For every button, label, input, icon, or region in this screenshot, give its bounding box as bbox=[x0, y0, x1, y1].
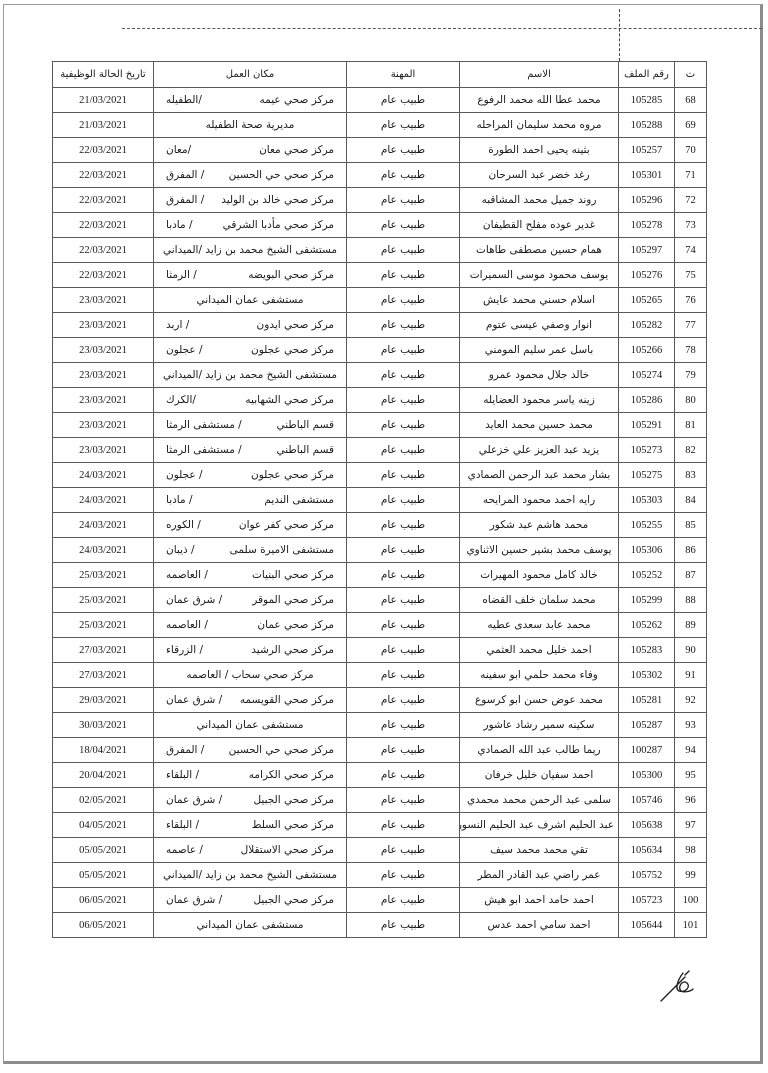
cell-date: 23/03/2021 bbox=[53, 288, 154, 313]
cell-file-number: 105287 bbox=[619, 713, 675, 738]
cell-name: وفاء محمد حلمي ابو سفينه bbox=[460, 663, 619, 688]
table-row: 78105266باسل عمر سليم المومنيطبيب عاممرك… bbox=[53, 338, 707, 363]
workplace-region: / اربد bbox=[166, 319, 189, 331]
workplace-name: مستشفى عمان الميداني bbox=[158, 919, 342, 931]
table-row: 69105288مروه محمد سليمان المراحلهطبيب عا… bbox=[53, 113, 707, 138]
cell-file-number: 100287 bbox=[619, 738, 675, 763]
cell-date: 06/05/2021 bbox=[53, 888, 154, 913]
table-row: 93105287سكينه سمير رشاد عاشورطبيب عاممست… bbox=[53, 713, 707, 738]
cell-workplace: مركز صحي الرشيد/ الزرقاء bbox=[154, 638, 347, 663]
cell-seq: 69 bbox=[675, 113, 707, 138]
cell-date: 22/03/2021 bbox=[53, 263, 154, 288]
cell-name: محمد عابد سعدى عطيه bbox=[460, 613, 619, 638]
workplace-region: / عجلون bbox=[166, 469, 203, 481]
cell-profession: طبيب عام bbox=[347, 338, 460, 363]
workplace-region: / مستشفى الرمثا bbox=[166, 444, 242, 456]
cell-profession: طبيب عام bbox=[347, 538, 460, 563]
cell-profession: طبيب عام bbox=[347, 413, 460, 438]
cell-name: محمد سلمان خلف القضاه bbox=[460, 588, 619, 613]
workplace-region: / مادبا bbox=[166, 219, 193, 231]
cell-seq: 91 bbox=[675, 663, 707, 688]
workplace-name: مركز صحي معان bbox=[259, 144, 334, 156]
workplace-region: / المفرق bbox=[166, 194, 204, 206]
workplace-region: / مادبا bbox=[166, 494, 193, 506]
workplace-name: مركز صحي الموقر bbox=[252, 594, 334, 606]
cell-workplace: مركز صحي عجلون/ عجلون bbox=[154, 463, 347, 488]
workplace-region: / شرق عمان bbox=[166, 594, 222, 606]
cell-workplace: مركز صحي الشهابيه/الكرك bbox=[154, 388, 347, 413]
cell-name: يوسف محمود موسى السميرات bbox=[460, 263, 619, 288]
cell-workplace: مركز صحي عيمه/الطفيله bbox=[154, 88, 347, 113]
table-row: 85105255محمد هاشم عبد شكورطبيب عاممركز ص… bbox=[53, 513, 707, 538]
header-profession: المهنة bbox=[347, 62, 460, 88]
cell-date: 24/03/2021 bbox=[53, 488, 154, 513]
cell-file-number: 105285 bbox=[619, 88, 675, 113]
workplace-region: /الكرك bbox=[166, 394, 196, 406]
table-row: 91105302وفاء محمد حلمي ابو سفينهطبيب عام… bbox=[53, 663, 707, 688]
cell-workplace: مركز صحي ايدون/ اربد bbox=[154, 313, 347, 338]
cell-date: 18/04/2021 bbox=[53, 738, 154, 763]
workplace-region: / المفرق bbox=[166, 744, 204, 756]
cell-profession: طبيب عام bbox=[347, 263, 460, 288]
cell-workplace: مستشفى الاميرة سلمى/ ذيبان bbox=[154, 538, 347, 563]
workplace-region: / مستشفى الرمثا bbox=[166, 419, 242, 431]
cell-workplace: مركز صحي حي الحسين/ المفرق bbox=[154, 738, 347, 763]
workplace-region: / البلقاء bbox=[166, 819, 199, 831]
cell-profession: طبيب عام bbox=[347, 188, 460, 213]
workplace-region: / البلقاء bbox=[166, 769, 199, 781]
cell-name: محمد عطا الله محمد الرفوع bbox=[460, 88, 619, 113]
cell-seq: 79 bbox=[675, 363, 707, 388]
cell-name: سلمى عبد الرحمن محمد محمدي bbox=[460, 788, 619, 813]
cell-profession: طبيب عام bbox=[347, 313, 460, 338]
workplace-name: مركز صحي السلط bbox=[252, 819, 334, 831]
vertical-fold-mark bbox=[619, 9, 620, 61]
cell-seq: 74 bbox=[675, 238, 707, 263]
workplace-region: / المفرق bbox=[166, 169, 204, 181]
cell-file-number: 105634 bbox=[619, 838, 675, 863]
table-row: 92105281محمد عوض حسن ابو كرسوعطبيب عاممر… bbox=[53, 688, 707, 713]
cell-profession: طبيب عام bbox=[347, 688, 460, 713]
cell-workplace: مركز صحي الاستقلال/ عاصمه bbox=[154, 838, 347, 863]
cell-file-number: 105262 bbox=[619, 613, 675, 638]
cell-date: 23/03/2021 bbox=[53, 313, 154, 338]
cell-name: مروه محمد سليمان المراحله bbox=[460, 113, 619, 138]
cell-profession: طبيب عام bbox=[347, 438, 460, 463]
table-header: ت رقم الملف الاسم المهنة مكان العمل تاري… bbox=[53, 62, 707, 88]
workplace-region: / ذيبان bbox=[166, 544, 195, 556]
cell-name: زينه ياسر محمود العضايله bbox=[460, 388, 619, 413]
cell-profession: طبيب عام bbox=[347, 463, 460, 488]
header-date: تاريخ الحالة الوظيفية bbox=[53, 62, 154, 88]
cell-workplace: مركز صحي الكرامه/ البلقاء bbox=[154, 763, 347, 788]
cell-date: 02/05/2021 bbox=[53, 788, 154, 813]
workplace-name: مركز صحي عيمه bbox=[260, 94, 334, 106]
cell-date: 23/03/2021 bbox=[53, 388, 154, 413]
cell-profession: طبيب عام bbox=[347, 588, 460, 613]
table-row: 100105723احمد حامد احمد ابو هيشطبيب عامم… bbox=[53, 888, 707, 913]
cell-file-number: 105276 bbox=[619, 263, 675, 288]
cell-file-number: 105300 bbox=[619, 763, 675, 788]
workplace-name: مركز صحي عجلون bbox=[251, 344, 334, 356]
cell-file-number: 105278 bbox=[619, 213, 675, 238]
cell-file-number: 105265 bbox=[619, 288, 675, 313]
cell-seq: 81 bbox=[675, 413, 707, 438]
cell-profession: طبيب عام bbox=[347, 638, 460, 663]
cell-workplace: مستشفى الشيخ محمد بن زايد /الميداني bbox=[154, 863, 347, 888]
cell-seq: 101 bbox=[675, 913, 707, 938]
table-row: 90105283احمد خليل محمد العثميطبيب عاممرك… bbox=[53, 638, 707, 663]
cell-date: 20/04/2021 bbox=[53, 763, 154, 788]
table-row: 98105634تقي محمد محمد سيفطبيب عاممركز صح… bbox=[53, 838, 707, 863]
cell-seq: 92 bbox=[675, 688, 707, 713]
cell-date: 25/03/2021 bbox=[53, 588, 154, 613]
cell-profession: طبيب عام bbox=[347, 113, 460, 138]
table-row: 80105286زينه ياسر محمود العضايلهطبيب عام… bbox=[53, 388, 707, 413]
cell-profession: طبيب عام bbox=[347, 238, 460, 263]
cell-name: عمر راضي عبد القادر المطر bbox=[460, 863, 619, 888]
cell-profession: طبيب عام bbox=[347, 888, 460, 913]
table-row: 82105273يزيد عبد العزيز علي خزعليطبيب عا… bbox=[53, 438, 707, 463]
cell-seq: 77 bbox=[675, 313, 707, 338]
workplace-name: مركز صحي الشهابيه bbox=[245, 394, 334, 406]
table-row: 87105252خالد كامل محمود المهيراتطبيب عام… bbox=[53, 563, 707, 588]
table-row: 88105299محمد سلمان خلف القضاهطبيب عاممرك… bbox=[53, 588, 707, 613]
cell-seq: 88 bbox=[675, 588, 707, 613]
cell-date: 04/05/2021 bbox=[53, 813, 154, 838]
cell-profession: طبيب عام bbox=[347, 663, 460, 688]
cell-profession: طبيب عام bbox=[347, 838, 460, 863]
table-row: 89105262محمد عابد سعدى عطيهطبيب عاممركز … bbox=[53, 613, 707, 638]
cell-seq: 93 bbox=[675, 713, 707, 738]
cell-file-number: 105291 bbox=[619, 413, 675, 438]
cell-workplace: مركز صحي البويضه/ الرمثا bbox=[154, 263, 347, 288]
cell-workplace: مركز صحي عجلون/ عجلون bbox=[154, 338, 347, 363]
workplace-region: /معان bbox=[166, 144, 191, 156]
workplace-region: / العاصمه bbox=[166, 619, 208, 631]
cell-workplace: مركز صحي حي الحسين/ المفرق bbox=[154, 163, 347, 188]
cell-seq: 82 bbox=[675, 438, 707, 463]
cell-profession: طبيب عام bbox=[347, 863, 460, 888]
cell-file-number: 105266 bbox=[619, 338, 675, 363]
table-row: 101105644احمد سامي احمد عدسطبيب عاممستشف… bbox=[53, 913, 707, 938]
cell-workplace: مركز صحي الجبيل/ شرق عمان bbox=[154, 788, 347, 813]
cell-profession: طبيب عام bbox=[347, 788, 460, 813]
workplace-name: مستشفى الشيخ محمد بن زايد /الميداني bbox=[158, 869, 342, 881]
cell-profession: طبيب عام bbox=[347, 563, 460, 588]
cell-file-number: 105644 bbox=[619, 913, 675, 938]
cell-date: 05/05/2021 bbox=[53, 863, 154, 888]
cell-file-number: 105257 bbox=[619, 138, 675, 163]
cell-workplace: مركز صحي خالد بن الوليد/ المفرق bbox=[154, 188, 347, 213]
cell-workplace: قسم الباطني/ مستشفى الرمثا bbox=[154, 438, 347, 463]
workplace-name: مركز صحي عجلون bbox=[251, 469, 334, 481]
cell-seq: 84 bbox=[675, 488, 707, 513]
signature-icon bbox=[655, 965, 705, 1005]
workplace-name: مركز صحي البنيات bbox=[252, 569, 334, 581]
header-workplace: مكان العمل bbox=[154, 62, 347, 88]
cell-seq: 89 bbox=[675, 613, 707, 638]
cell-seq: 71 bbox=[675, 163, 707, 188]
cell-profession: طبيب عام bbox=[347, 163, 460, 188]
cell-date: 27/03/2021 bbox=[53, 638, 154, 663]
cell-name: احمد سامي احمد عدس bbox=[460, 913, 619, 938]
cell-file-number: 105746 bbox=[619, 788, 675, 813]
cell-workplace: مركز صحي الموقر/ شرق عمان bbox=[154, 588, 347, 613]
workplace-name: مركز صحي الجبيل bbox=[253, 894, 334, 906]
table-row: 68105285محمد عطا الله محمد الرفوعطبيب عا… bbox=[53, 88, 707, 113]
cell-name: رغد خضر عبد السرحان bbox=[460, 163, 619, 188]
cell-seq: 100 bbox=[675, 888, 707, 913]
cell-name: محمد حسين محمد العايد bbox=[460, 413, 619, 438]
cell-workplace: قسم الباطني/ مستشفى الرمثا bbox=[154, 413, 347, 438]
header-file-number: رقم الملف bbox=[619, 62, 675, 88]
cell-file-number: 105288 bbox=[619, 113, 675, 138]
cell-date: 22/03/2021 bbox=[53, 138, 154, 163]
workplace-name: مركز صحي سحاب / العاصمه bbox=[158, 669, 342, 681]
workplace-name: مركز صحي الكرامه bbox=[249, 769, 334, 781]
cell-name: غدير عوده مفلح القطيفان bbox=[460, 213, 619, 238]
cell-workplace: مركز صحي السلط/ البلقاء bbox=[154, 813, 347, 838]
cell-file-number: 105275 bbox=[619, 463, 675, 488]
cell-date: 05/05/2021 bbox=[53, 838, 154, 863]
table-row: 81105291محمد حسين محمد العايدطبيب عامقسم… bbox=[53, 413, 707, 438]
workplace-name: مركز صحي مأدبا الشرقي bbox=[223, 219, 334, 231]
cell-name: يوسف محمد بشير حسين الاثناوي bbox=[460, 538, 619, 563]
workplace-name: مركز صحي الرشيد bbox=[251, 644, 334, 656]
workplace-region: / شرق عمان bbox=[166, 894, 222, 906]
cell-workplace: مركز صحي مأدبا الشرقي/ مادبا bbox=[154, 213, 347, 238]
top-dashed-rule bbox=[122, 28, 762, 29]
header-name: الاسم bbox=[460, 62, 619, 88]
cell-seq: 87 bbox=[675, 563, 707, 588]
workplace-name: قسم الباطني bbox=[277, 419, 334, 431]
cell-file-number: 105283 bbox=[619, 638, 675, 663]
header-seq: ت bbox=[675, 62, 707, 88]
cell-file-number: 105752 bbox=[619, 863, 675, 888]
cell-seq: 83 bbox=[675, 463, 707, 488]
workplace-region: / الرمثا bbox=[166, 269, 197, 281]
cell-date: 24/03/2021 bbox=[53, 538, 154, 563]
cell-profession: طبيب عام bbox=[347, 213, 460, 238]
workplace-region: / الزرقاء bbox=[166, 644, 203, 656]
cell-file-number: 105297 bbox=[619, 238, 675, 263]
workplace-name: مركز صحي كفر عوان bbox=[239, 519, 334, 531]
cell-seq: 98 bbox=[675, 838, 707, 863]
cell-profession: طبيب عام bbox=[347, 513, 460, 538]
cell-name: روند جميل محمد المشاقبه bbox=[460, 188, 619, 213]
cell-seq: 76 bbox=[675, 288, 707, 313]
workplace-name: مستشفى عمان الميداني bbox=[158, 294, 342, 306]
cell-date: 25/03/2021 bbox=[53, 563, 154, 588]
cell-workplace: مستشفى النديم/ مادبا bbox=[154, 488, 347, 513]
workplace-name: مركز صحي حي الحسين bbox=[229, 169, 334, 181]
table-row: 73105278غدير عوده مفلح القطيفانطبيب عامم… bbox=[53, 213, 707, 238]
cell-name: خالد جلال محمود عمرو bbox=[460, 363, 619, 388]
cell-profession: طبيب عام bbox=[347, 738, 460, 763]
table-row: 83105275بشار محمد عبد الرحمن الصماديطبيب… bbox=[53, 463, 707, 488]
workplace-name: قسم الباطني bbox=[277, 444, 334, 456]
workplace-region: / الكوره bbox=[166, 519, 201, 531]
cell-file-number: 105638 bbox=[619, 813, 675, 838]
cell-file-number: 105282 bbox=[619, 313, 675, 338]
workplace-name: مستشفى الشيخ محمد بن زايد /الميداني bbox=[158, 369, 342, 381]
cell-seq: 86 bbox=[675, 538, 707, 563]
cell-profession: طبيب عام bbox=[347, 88, 460, 113]
cell-seq: 75 bbox=[675, 263, 707, 288]
workplace-region: / العاصمه bbox=[166, 569, 208, 581]
cell-date: 27/03/2021 bbox=[53, 663, 154, 688]
table-row: 84105303رايه احمد محمود المرايحهطبيب عام… bbox=[53, 488, 707, 513]
table-row: 79105274خالد جلال محمود عمروطبيب عاممستش… bbox=[53, 363, 707, 388]
cell-date: 29/03/2021 bbox=[53, 688, 154, 713]
cell-name: محمد هاشم عبد شكور bbox=[460, 513, 619, 538]
cell-file-number: 105255 bbox=[619, 513, 675, 538]
cell-name: بثينه يحيى احمد الطورة bbox=[460, 138, 619, 163]
cell-date: 23/03/2021 bbox=[53, 438, 154, 463]
cell-profession: طبيب عام bbox=[347, 388, 460, 413]
table-row: 94100287ريما طالب عبد الله الصماديطبيب ع… bbox=[53, 738, 707, 763]
cell-name: همام حسين مصطفى طاهات bbox=[460, 238, 619, 263]
cell-workplace: مديرية صحة الطفيله bbox=[154, 113, 347, 138]
workplace-name: مركز صحي الجبيل bbox=[253, 794, 334, 806]
cell-date: 22/03/2021 bbox=[53, 238, 154, 263]
cell-name: عبد الحليم اشرف عبد الحليم النسور bbox=[460, 813, 619, 838]
workplace-name: مركز صحي البويضه bbox=[248, 269, 334, 281]
workplace-name: مركز صحي القويسمه bbox=[240, 694, 334, 706]
cell-workplace: مستشفى عمان الميداني bbox=[154, 713, 347, 738]
cell-profession: طبيب عام bbox=[347, 363, 460, 388]
workplace-region: / شرق عمان bbox=[166, 694, 222, 706]
cell-workplace: مستشفى الشيخ محمد بن زايد /الميداني bbox=[154, 238, 347, 263]
cell-file-number: 105296 bbox=[619, 188, 675, 213]
table-row: 71105301رغد خضر عبد السرحانطبيب عاممركز … bbox=[53, 163, 707, 188]
cell-date: 06/05/2021 bbox=[53, 913, 154, 938]
cell-workplace: مركز صحي القويسمه/ شرق عمان bbox=[154, 688, 347, 713]
cell-file-number: 105281 bbox=[619, 688, 675, 713]
table-row: 97105638عبد الحليم اشرف عبد الحليم النسو… bbox=[53, 813, 707, 838]
workplace-name: مستشفى الشيخ محمد بن زايد /الميداني bbox=[158, 244, 342, 256]
cell-date: 24/03/2021 bbox=[53, 463, 154, 488]
cell-workplace: مركز صحي الجبيل/ شرق عمان bbox=[154, 888, 347, 913]
cell-workplace: مركز صحي معان/معان bbox=[154, 138, 347, 163]
cell-workplace: مركز صحي كفر عوان/ الكوره bbox=[154, 513, 347, 538]
cell-seq: 68 bbox=[675, 88, 707, 113]
table-row: 74105297همام حسين مصطفى طاهاتطبيب عاممست… bbox=[53, 238, 707, 263]
cell-file-number: 105302 bbox=[619, 663, 675, 688]
roster-table: ت رقم الملف الاسم المهنة مكان العمل تاري… bbox=[52, 61, 707, 938]
table-row: 72105296روند جميل محمد المشاقبهطبيب عامم… bbox=[53, 188, 707, 213]
cell-profession: طبيب عام bbox=[347, 488, 460, 513]
workplace-name: مستشفى الاميرة سلمى bbox=[230, 544, 334, 556]
cell-date: 22/03/2021 bbox=[53, 163, 154, 188]
cell-profession: طبيب عام bbox=[347, 763, 460, 788]
cell-profession: طبيب عام bbox=[347, 913, 460, 938]
cell-profession: طبيب عام bbox=[347, 288, 460, 313]
workplace-name: مركز صحي حي الحسين bbox=[229, 744, 334, 756]
cell-date: 23/03/2021 bbox=[53, 363, 154, 388]
cell-date: 24/03/2021 bbox=[53, 513, 154, 538]
cell-name: رايه احمد محمود المرايحه bbox=[460, 488, 619, 513]
cell-file-number: 105723 bbox=[619, 888, 675, 913]
cell-file-number: 105303 bbox=[619, 488, 675, 513]
workplace-name: مركز صحي ايدون bbox=[257, 319, 334, 331]
cell-profession: طبيب عام bbox=[347, 138, 460, 163]
workplace-name: مديرية صحة الطفيله bbox=[158, 119, 342, 131]
cell-seq: 78 bbox=[675, 338, 707, 363]
cell-workplace: مستشفى عمان الميداني bbox=[154, 288, 347, 313]
cell-date: 21/03/2021 bbox=[53, 88, 154, 113]
workplace-name: مستشفى عمان الميداني bbox=[158, 719, 342, 731]
workplace-name: مركز صحي عمان bbox=[257, 619, 334, 631]
cell-seq: 96 bbox=[675, 788, 707, 813]
cell-profession: طبيب عام bbox=[347, 713, 460, 738]
table-row: 99105752عمر راضي عبد القادر المطرطبيب عا… bbox=[53, 863, 707, 888]
cell-name: ريما طالب عبد الله الصمادي bbox=[460, 738, 619, 763]
cell-date: 22/03/2021 bbox=[53, 213, 154, 238]
cell-profession: طبيب عام bbox=[347, 813, 460, 838]
cell-seq: 73 bbox=[675, 213, 707, 238]
cell-seq: 95 bbox=[675, 763, 707, 788]
cell-name: اسلام حسني محمد عايش bbox=[460, 288, 619, 313]
table-row: 70105257بثينه يحيى احمد الطورةطبيب عاممر… bbox=[53, 138, 707, 163]
cell-file-number: 105306 bbox=[619, 538, 675, 563]
workplace-name: مركز صحي الاستقلال bbox=[241, 844, 334, 856]
cell-seq: 94 bbox=[675, 738, 707, 763]
cell-name: خالد كامل محمود المهيرات bbox=[460, 563, 619, 588]
cell-workplace: مركز صحي سحاب / العاصمه bbox=[154, 663, 347, 688]
workplace-name: مركز صحي خالد بن الوليد bbox=[221, 194, 334, 206]
cell-workplace: مستشفى الشيخ محمد بن زايد /الميداني bbox=[154, 363, 347, 388]
cell-file-number: 105273 bbox=[619, 438, 675, 463]
cell-seq: 90 bbox=[675, 638, 707, 663]
cell-seq: 80 bbox=[675, 388, 707, 413]
cell-name: يزيد عبد العزيز علي خزعلي bbox=[460, 438, 619, 463]
cell-seq: 99 bbox=[675, 863, 707, 888]
cell-name: محمد عوض حسن ابو كرسوع bbox=[460, 688, 619, 713]
cell-date: 25/03/2021 bbox=[53, 613, 154, 638]
cell-date: 30/03/2021 bbox=[53, 713, 154, 738]
cell-seq: 85 bbox=[675, 513, 707, 538]
cell-seq: 97 bbox=[675, 813, 707, 838]
cell-date: 21/03/2021 bbox=[53, 113, 154, 138]
table-row: 86105306يوسف محمد بشير حسين الاثناويطبيب… bbox=[53, 538, 707, 563]
table-row: 95105300احمد سفيان خليل خرفانطبيب عاممرك… bbox=[53, 763, 707, 788]
table-body: 68105285محمد عطا الله محمد الرفوعطبيب عا… bbox=[53, 88, 707, 938]
workplace-name: مستشفى النديم bbox=[264, 494, 334, 506]
cell-file-number: 105274 bbox=[619, 363, 675, 388]
cell-file-number: 105286 bbox=[619, 388, 675, 413]
cell-name: باسل عمر سليم المومني bbox=[460, 338, 619, 363]
table-row: 76105265اسلام حسني محمد عايشطبيب عاممستش… bbox=[53, 288, 707, 313]
cell-name: انوار وصفي عيسى عتوم bbox=[460, 313, 619, 338]
cell-name: احمد حامد احمد ابو هيش bbox=[460, 888, 619, 913]
cell-seq: 70 bbox=[675, 138, 707, 163]
cell-seq: 72 bbox=[675, 188, 707, 213]
cell-date: 23/03/2021 bbox=[53, 413, 154, 438]
cell-name: تقي محمد محمد سيف bbox=[460, 838, 619, 863]
cell-file-number: 105299 bbox=[619, 588, 675, 613]
cell-file-number: 105252 bbox=[619, 563, 675, 588]
table-row: 77105282انوار وصفي عيسى عتومطبيب عاممركز… bbox=[53, 313, 707, 338]
table-row: 75105276يوسف محمود موسى السميراتطبيب عام… bbox=[53, 263, 707, 288]
workplace-region: / عاصمه bbox=[166, 844, 203, 856]
cell-name: احمد خليل محمد العثمي bbox=[460, 638, 619, 663]
workplace-region: /الطفيله bbox=[166, 94, 202, 106]
cell-name: سكينه سمير رشاد عاشور bbox=[460, 713, 619, 738]
workplace-region: / شرق عمان bbox=[166, 794, 222, 806]
cell-date: 23/03/2021 bbox=[53, 338, 154, 363]
